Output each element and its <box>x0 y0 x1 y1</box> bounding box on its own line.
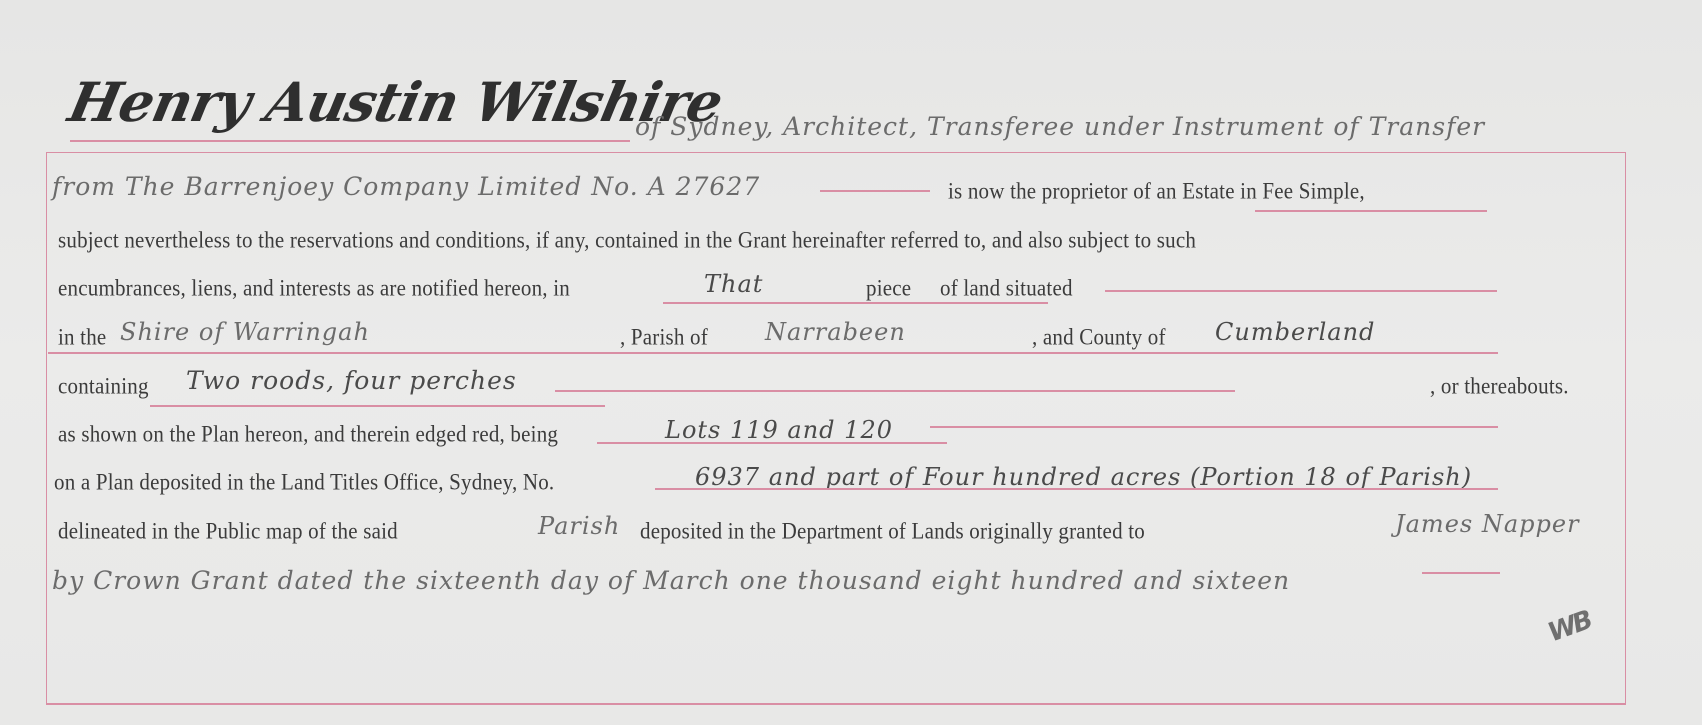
line7-rule <box>930 426 1498 428</box>
line9-printed-a: delineated in the Public map of the said <box>58 517 398 545</box>
line4-printed-a: encumbrances, liens, and interests as ar… <box>58 274 570 302</box>
name-underline <box>70 140 630 142</box>
line3-printed: subject nevertheless to the reservations… <box>58 226 1196 254</box>
grantee-handwritten: James Napper <box>1395 510 1580 538</box>
line5-rule <box>48 352 1498 354</box>
line1-handwritten: of Sydney, Architect, Transferee under I… <box>635 112 1485 141</box>
line6-printed-b: , or thereabouts. <box>1430 372 1569 400</box>
crown-grant-handwritten: by Crown Grant dated the sixteenth day o… <box>52 566 1290 595</box>
shire-handwritten: Shire of Warringah <box>120 318 370 346</box>
line9-printed-b: deposited in the Department of Lands ori… <box>640 517 1145 545</box>
line5-printed-c: , and County of <box>1032 323 1166 351</box>
line8-printed: on a Plan deposited in the Land Titles O… <box>54 468 554 496</box>
county-handwritten: Cumberland <box>1215 318 1375 346</box>
line2-rule <box>820 190 930 192</box>
line7-printed: as shown on the Plan hereon, and therein… <box>58 420 558 448</box>
line6-rule <box>555 390 1235 392</box>
line4-handwritten: That <box>704 270 763 298</box>
line4-underline <box>663 302 1048 304</box>
plan-number-handwritten: 6937 and part of Four hundred acres (Por… <box>695 463 1472 491</box>
line7-underline <box>597 442 947 444</box>
title-document-page: Henry Austin Wilshire of Sydney, Archite… <box>0 0 1702 725</box>
lots-handwritten: Lots 119 and 120 <box>665 416 893 444</box>
parish-handwritten: Narrabeen <box>765 318 906 346</box>
line2-printed: is now the proprietor of an Estate in Fe… <box>948 177 1365 205</box>
line4-rule <box>1105 290 1497 292</box>
line5-printed-a: in the <box>58 323 106 351</box>
area-handwritten: Two roods, four perches <box>186 366 517 395</box>
line6-underline <box>150 405 605 407</box>
line5-printed-b: , Parish of <box>620 323 708 351</box>
proprietor-name: Henry Austin Wilshire <box>63 70 728 134</box>
line6-printed-a: containing <box>58 372 149 400</box>
line2-handwritten: from The Barrenjoey Company Limited No. … <box>52 172 760 201</box>
line10-rule <box>1422 572 1500 574</box>
estate-underline <box>1255 210 1487 212</box>
line8-rule <box>655 488 1498 490</box>
line4-printed-b: piece <box>866 274 911 302</box>
line4-printed-c: of land situated <box>940 274 1073 302</box>
parish-ref-handwritten: Parish <box>538 512 620 540</box>
